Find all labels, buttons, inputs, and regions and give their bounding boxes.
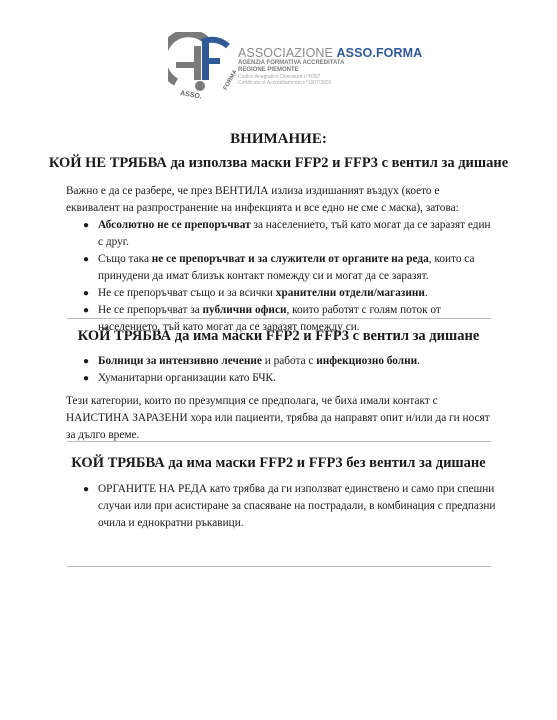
section3-list: ●ОРГАНИТЕ НА РЕДА като трябва да ги изпо… — [66, 481, 496, 532]
divider — [67, 566, 491, 567]
bullet-icon: ● — [83, 285, 89, 302]
bullet-icon: ● — [83, 302, 89, 319]
bullet-icon: ● — [83, 251, 89, 268]
section2-heading: КОЙ ТРЯБВА да има маски FFP2 и FFP3 с ве… — [0, 328, 557, 345]
section1-heading: КОЙ НЕ ТРЯБВА да използва маски FFP2 и F… — [0, 155, 557, 172]
list-item: ●ОРГАНИТЕ НА РЕДА като трябва да ги изпо… — [66, 481, 496, 532]
organization-line2: REGIONE PIEMONTE — [238, 67, 422, 74]
section2-list: ●Болници за интензивно лечение и работа … — [66, 353, 496, 387]
organization-line1: AGENZIA FORMATIVA ACCREDITATA — [238, 60, 422, 67]
organization-line4: Certificato di Accreditamento n°1007/200… — [238, 80, 422, 86]
warning-title: ВНИМАНИЕ: — [0, 131, 557, 148]
svg-text:FORMA: FORMA — [223, 69, 236, 92]
section1-intro: Важно е да се разбере, че през ВЕНТИЛА и… — [66, 183, 496, 217]
bullet-icon: ● — [83, 481, 89, 498]
divider — [67, 441, 491, 442]
bullet-icon: ● — [83, 370, 89, 387]
asso-forma-logo: ASSO. FORMA — [168, 32, 236, 102]
list-item: ●Болници за интензивно лечение и работа … — [66, 353, 496, 370]
divider — [67, 318, 491, 319]
svg-text:ASSO.: ASSO. — [180, 90, 203, 101]
list-item: ●Също така не се препоръчват и за служит… — [66, 251, 496, 285]
bullet-icon: ● — [83, 353, 89, 370]
section2-note: Тези категории, които по презумпция се п… — [66, 393, 496, 444]
list-item: ●Хуманитарни организации като БЧК. — [66, 370, 496, 387]
section3-heading: КОЙ ТРЯБВА да има маски FFP2 и FFP3 без … — [0, 455, 557, 472]
organization-name: ASSOCIAZIONE ASSO.FORMA — [238, 46, 422, 60]
organization-block: ASSOCIAZIONE ASSO.FORMA AGENZIA FORMATIV… — [238, 46, 422, 86]
bullet-icon: ● — [83, 217, 89, 234]
list-item: ●Абсолютно не се препоръчват за населени… — [66, 217, 496, 251]
list-item: ●Не се препоръчват също и за всички хран… — [66, 285, 496, 302]
